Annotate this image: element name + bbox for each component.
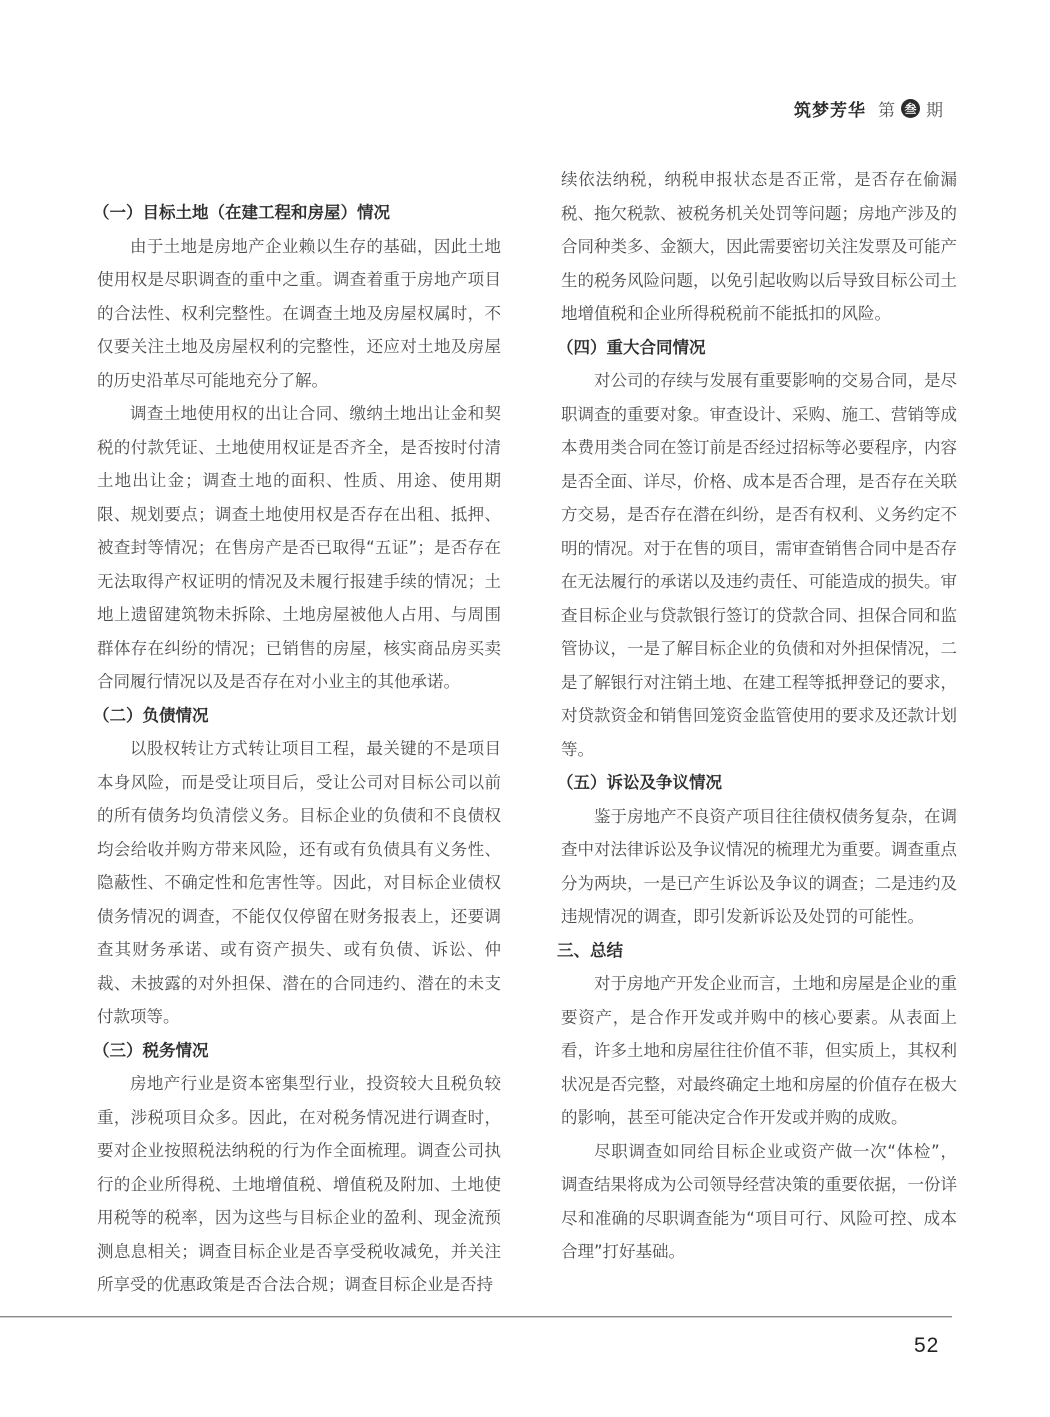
right-column: 续依法纳税，纳税申报状态是否正常，是否存在偷漏税、拖欠税款、被税务机关处罚等问题… — [561, 163, 957, 1269]
paragraph: 以股权转让方式转让项目工程，最关键的不是项目本身风险，而是受让项目后，受让公司对… — [97, 732, 501, 1034]
issue-prefix: 第 — [878, 96, 895, 121]
paragraph: 对公司的存续与发展有重要影响的交易合同，是尽职调查的重要对象。审查设计、采购、施… — [561, 364, 957, 766]
section-heading-tax: （三）税务情况 — [93, 1034, 501, 1068]
paragraph: 由于土地是房地产企业赖以生存的基础，因此土地使用权是尽职调查的重中之重。调查着重… — [97, 230, 501, 398]
section-heading-summary: 三、总结 — [557, 934, 957, 968]
section-heading-liabilities: （二）负债情况 — [93, 699, 501, 733]
left-column: （一）目标土地（在建工程和房屋）情况 由于土地是房地产企业赖以生存的基础，因此土… — [97, 196, 501, 1302]
running-header: 筑梦芳华 第 叁 期 — [794, 96, 943, 121]
paragraph: 房地产行业是资本密集型行业，投资较大且税负较重，涉税项目众多。因此，在对税务情况… — [97, 1067, 501, 1302]
section-heading-major-contracts: （四）重大合同情况 — [557, 331, 957, 365]
paragraph-continuation: 续依法纳税，纳税申报状态是否正常，是否存在偷漏税、拖欠税款、被税务机关处罚等问题… — [561, 163, 957, 331]
magazine-title: 筑梦芳华 — [794, 96, 866, 121]
paragraph: 对于房地产开发企业而言，土地和房屋是企业的重要资产，是合作开发或并购中的核心要素… — [561, 967, 957, 1135]
page-number: 52 — [914, 1334, 939, 1358]
section-heading-litigation: （五）诉讼及争议情况 — [557, 766, 957, 800]
issue-number-badge-icon: 叁 — [901, 99, 920, 118]
section-heading-target-land: （一）目标土地（在建工程和房屋）情况 — [93, 196, 501, 230]
paragraph: 尽职调查如同给目标企业或资产做一次“体检”，调查结果将成为公司领导经营决策的重要… — [561, 1135, 957, 1269]
footer-divider — [0, 1316, 952, 1318]
paragraph: 调查土地使用权的出让合同、缴纳土地出让金和契税的付款凭证、土地使用权证是否齐全，… — [97, 397, 501, 699]
paragraph: 鉴于房地产不良资产项目往往债权债务复杂，在调查中对法律诉讼及争议情况的梳理尤为重… — [561, 800, 957, 934]
issue-suffix: 期 — [926, 96, 943, 121]
